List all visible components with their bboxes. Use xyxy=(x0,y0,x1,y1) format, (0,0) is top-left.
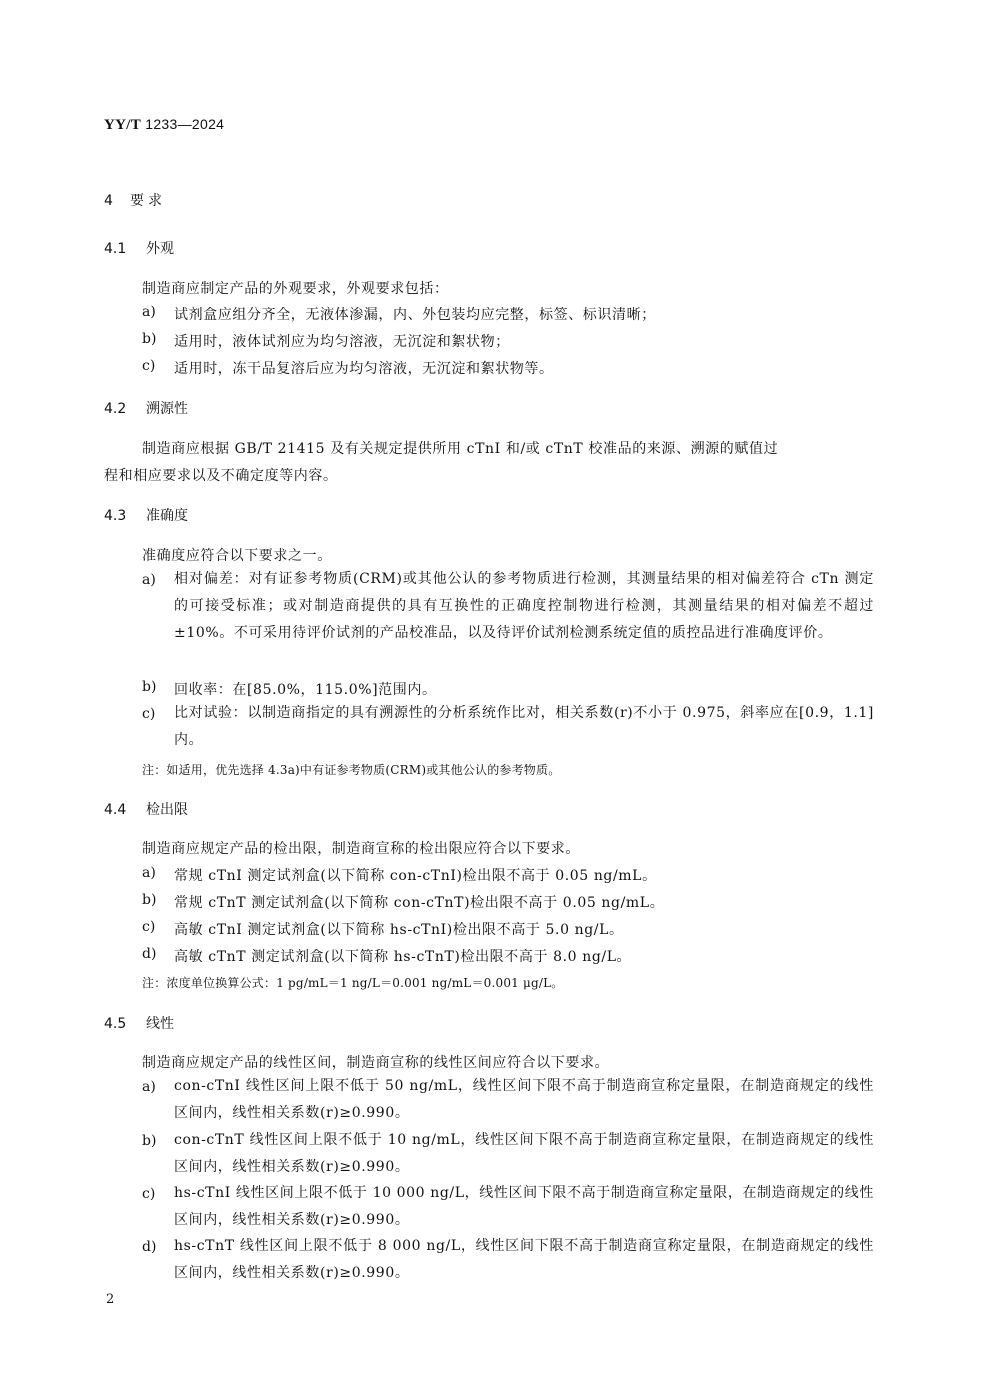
section-title: 外观 xyxy=(146,241,174,257)
section-4-5-heading: 4.5线性 xyxy=(104,1013,174,1033)
list-label: a) xyxy=(142,1079,156,1095)
list-item: 高敏 cTnT 测定试剂盒(以下简称 hs-cTnT)检出限不高于 8.0 ng… xyxy=(174,946,631,966)
paragraph: 制造商应根据 GB/T 21415 及有关规定提供所用 cTnI 和/或 cTn… xyxy=(142,438,778,458)
list-label: b) xyxy=(142,679,156,695)
section-title: 检出限 xyxy=(146,802,188,818)
list-item: hs-cTnT 线性区间上限不低于 8 000 ng/L，线性区间下限不高于制造… xyxy=(174,1233,874,1287)
list-item: 相对偏差：对有证参考物质(CRM)或其他公认的参考物质进行检测，其测量结果的相对… xyxy=(174,566,874,647)
section-4-3-heading: 4.3准确度 xyxy=(104,505,188,525)
list-label: b) xyxy=(142,1133,156,1149)
section-4-1-heading: 4.1外观 xyxy=(104,238,174,258)
paragraph-continuation: 程和相应要求以及不确定度等内容。 xyxy=(104,465,338,485)
list-item: 常规 cTnI 测定试剂盒(以下简称 con-cTnI)检出限不高于 0.05 … xyxy=(174,865,657,885)
list-label: c) xyxy=(142,358,155,374)
list-label: a) xyxy=(142,865,156,881)
standard-code: YY/T xyxy=(104,117,141,133)
standard-number: 1233—2024 xyxy=(145,116,224,132)
paragraph: 制造商应制定产品的外观要求，外观要求包括： xyxy=(142,278,449,298)
section-4-2-heading: 4.2溯源性 xyxy=(104,398,188,418)
list-item: con-cTnT 线性区间上限不低于 10 ng/mL，线性区间下限不高于制造商… xyxy=(174,1127,874,1181)
list-item: 回收率：在[85.0%，115.0%]范围内。 xyxy=(174,679,437,699)
section-title: 线性 xyxy=(146,1016,174,1032)
list-label: d) xyxy=(142,1239,156,1255)
note: 注：浓度单位换算公式：1 pg/mL＝1 ng/L＝0.001 ng/mL＝0.… xyxy=(142,974,564,991)
list-label: a) xyxy=(142,572,156,588)
standard-header: YY/T 1233—2024 xyxy=(104,116,224,134)
list-item: 试剂盒应组分齐全，无液体渗漏，内、外包装均应完整，标签、标识清晰； xyxy=(174,304,656,324)
list-item: 比对试验：以制造商指定的具有溯源性的分析系统作比对，相关系数(r)不小于 0.9… xyxy=(174,700,874,754)
list-item: 高敏 cTnI 测定试剂盒(以下简称 hs-cTnI)检出限不高于 5.0 ng… xyxy=(174,919,624,939)
list-label: c) xyxy=(142,706,155,722)
list-label: b) xyxy=(142,331,156,347)
note: 注：如适用，优先选择 4.3a)中有证参考物质(CRM)或其他公认的参考物质。 xyxy=(142,761,560,778)
list-label: d) xyxy=(142,946,156,962)
section-title: 准确度 xyxy=(146,508,188,524)
section-title: 要求 xyxy=(130,193,166,209)
page-number: 2 xyxy=(106,1292,114,1307)
paragraph: 制造商应规定产品的线性区间，制造商宣称的线性区间应符合以下要求。 xyxy=(142,1052,609,1072)
document-page: YY/T 1233—2024 4要求 4.1外观 制造商应制定产品的外观要求，外… xyxy=(0,0,989,1396)
list-label: b) xyxy=(142,892,156,908)
section-4-heading: 4要求 xyxy=(104,190,166,210)
list-label: a) xyxy=(142,304,156,320)
list-label: c) xyxy=(142,1186,155,1202)
section-4-4-heading: 4.4检出限 xyxy=(104,799,188,819)
list-item: 适用时，冻干品复溶后应为均匀溶液，无沉淀和絮状物等。 xyxy=(174,358,554,378)
list-item: 适用时，液体试剂应为均匀溶液，无沉淀和絮状物； xyxy=(174,331,510,351)
list-item: 常规 cTnT 测定试剂盒(以下简称 con-cTnT)检出限不高于 0.05 … xyxy=(174,892,664,912)
paragraph: 制造商应规定产品的检出限，制造商宣称的检出限应符合以下要求。 xyxy=(142,838,580,858)
list-item: con-cTnI 线性区间上限不低于 50 ng/mL，线性区间下限不高于制造商… xyxy=(174,1073,874,1127)
list-label: c) xyxy=(142,919,155,935)
section-title: 溯源性 xyxy=(146,401,188,417)
list-item: hs-cTnI 线性区间上限不低于 10 000 ng/L，线性区间下限不高于制… xyxy=(174,1180,874,1234)
paragraph: 准确度应符合以下要求之一。 xyxy=(142,545,332,565)
